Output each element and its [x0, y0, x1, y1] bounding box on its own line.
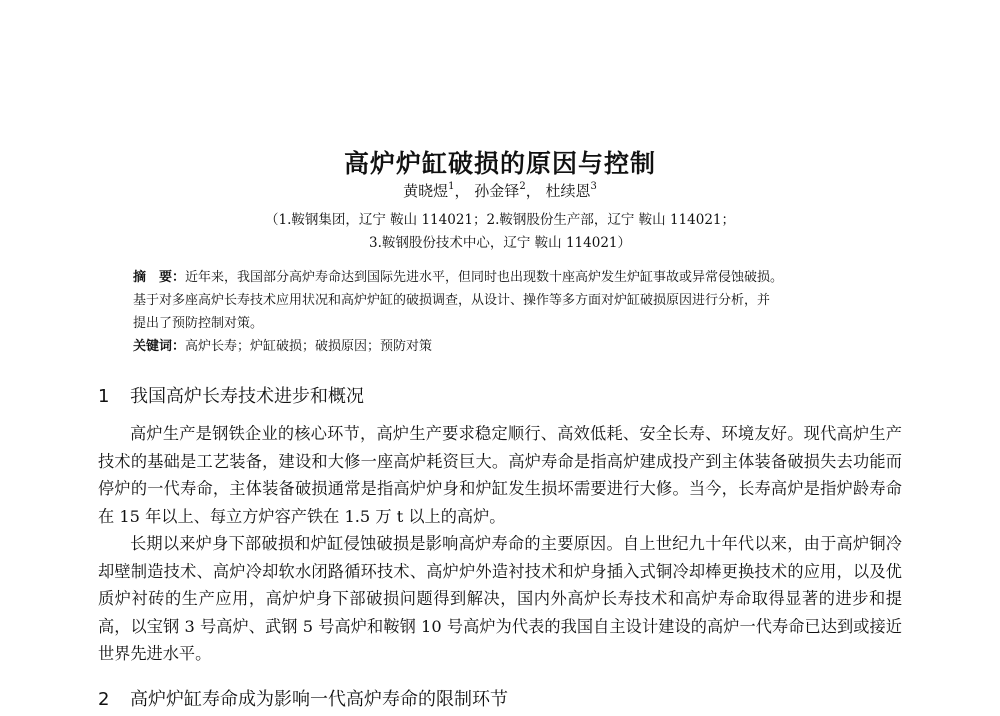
keywords-text: 高炉长寿；炉缸破损；破损原因；预防对策: [185, 339, 432, 354]
affiliations-line-1: （1.鞍钢集团，辽宁 鞍山 114021；2.鞍钢股份生产部，辽宁 鞍山 114…: [0, 208, 1000, 228]
keywords-line: 关键词：高炉长寿；炉缸破损；破损原因；预防对策: [133, 335, 873, 358]
author-name: 黄晓煜: [403, 182, 448, 200]
abstract-text: 近年来，我国部分高炉寿命达到国际先进水平，但同时也出现数十座高炉发生炉缸事故或异…: [185, 270, 783, 285]
abstract-line: 摘 要：近年来，我国部分高炉寿命达到国际先进水平，但同时也出现数十座高炉发生炉缸…: [133, 266, 873, 289]
abstract-line: 提出了预防控制对策。: [133, 312, 873, 335]
body-paragraph: 长期以来炉身下部破损和炉缸侵蚀破损是影响高炉寿命的主要原因。自上世纪九十年代以来…: [98, 530, 902, 668]
abstract-line: 基于对多座高炉长寿技术应用状况和高炉炉缸的破损调查，从设计、操作等多方面对炉缸破…: [133, 289, 873, 312]
keywords-label: 关键词：: [133, 339, 185, 354]
author-list: 黄晓煜1， 孙金铎2， 杜续恩3: [0, 180, 1000, 201]
section-heading: 2高炉炉缸寿命成为影响一代高炉寿命的限制环节: [98, 685, 508, 711]
author-separator: ，: [526, 182, 541, 200]
section-heading: 1我国高炉长寿技术进步和概况: [98, 382, 364, 408]
section-number: 2: [98, 689, 130, 710]
section-title: 我国高炉长寿技术进步和概况: [130, 386, 364, 407]
paper-title: 高炉炉缸破损的原因与控制: [0, 144, 1000, 180]
author-separator: ，: [455, 182, 470, 200]
affiliations-line-2: 3.鞍钢股份技术中心，辽宁 鞍山 114021）: [0, 231, 1000, 251]
abstract-label: 摘 要：: [133, 270, 185, 285]
section-body: 高炉生产是钢铁企业的核心环节，高炉生产要求稳定顺行、高效低耗、安全长寿、环境友好…: [98, 420, 902, 668]
body-paragraph: 高炉生产是钢铁企业的核心环节，高炉生产要求稳定顺行、高效低耗、安全长寿、环境友好…: [98, 420, 902, 530]
section-title: 高炉炉缸寿命成为影响一代高炉寿命的限制环节: [130, 689, 508, 710]
author-name: 孙金铎: [474, 182, 519, 200]
author-name: 杜续恩: [545, 182, 590, 200]
abstract-block: 摘 要：近年来，我国部分高炉寿命达到国际先进水平，但同时也出现数十座高炉发生炉缸…: [133, 266, 873, 358]
author-affiliation-mark: 3: [591, 181, 597, 192]
section-number: 1: [98, 386, 130, 407]
